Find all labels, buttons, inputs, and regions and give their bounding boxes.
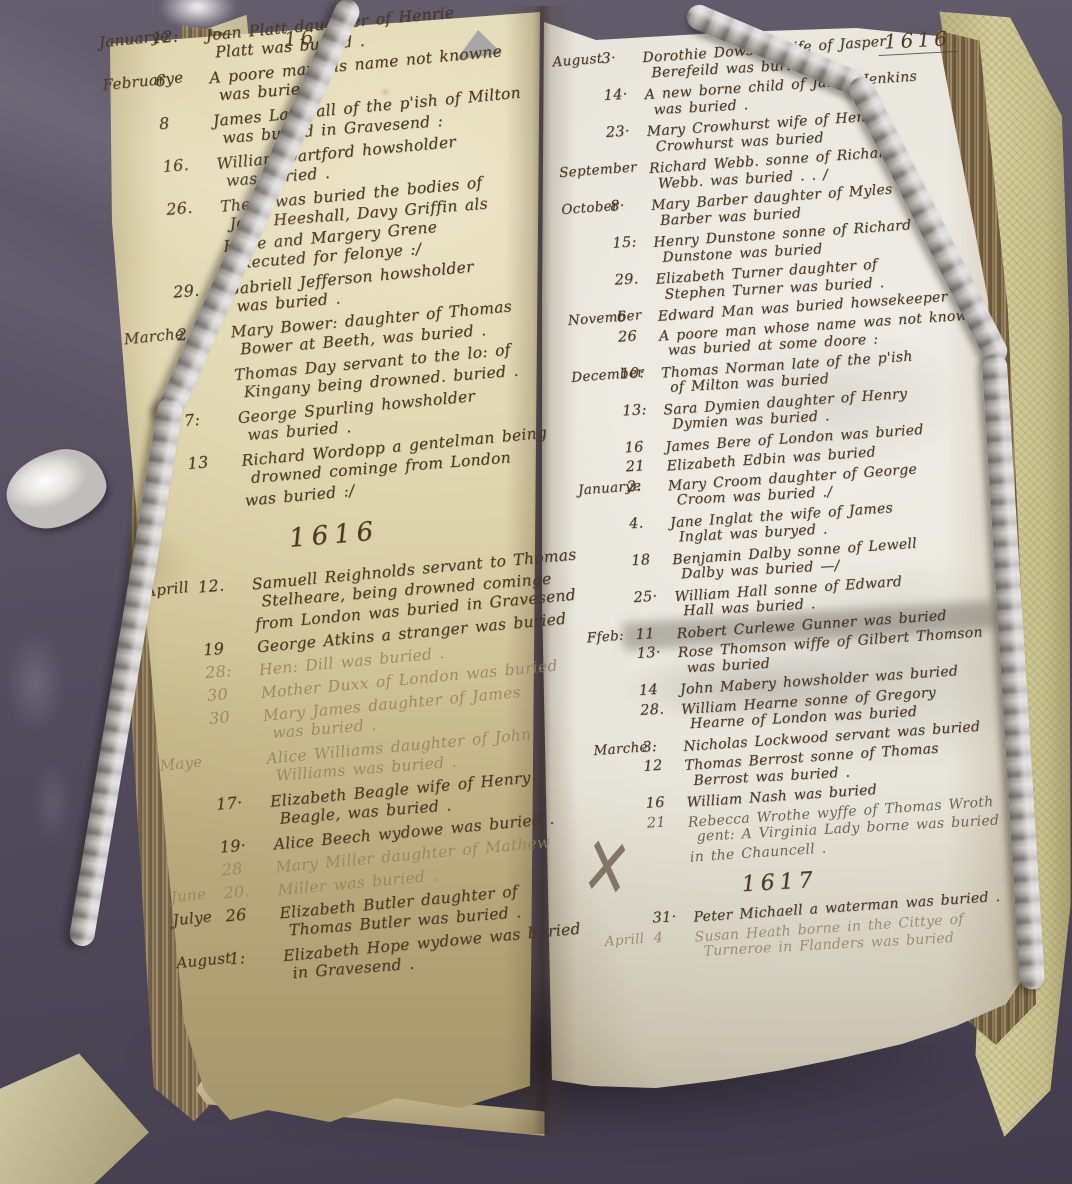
day-label: 13 bbox=[184, 450, 242, 474]
day-label: 30 bbox=[205, 705, 263, 729]
day-label: 7: bbox=[180, 407, 238, 431]
day-label: 1: bbox=[225, 945, 283, 969]
month-label: Marche bbox=[593, 739, 640, 758]
day-label: 21 bbox=[643, 813, 688, 832]
day-label: 19 bbox=[199, 636, 257, 660]
month-label: Februarye bbox=[102, 71, 154, 94]
month-label: Ffeb: bbox=[586, 626, 633, 645]
day-label: 12. bbox=[194, 573, 252, 597]
day-label: 17· bbox=[212, 790, 270, 814]
day-label: 26 bbox=[615, 327, 660, 346]
day-label: 21 bbox=[622, 457, 667, 476]
day-label: 13: bbox=[619, 401, 664, 420]
day-label: 20. bbox=[220, 879, 278, 903]
day-label: 4. bbox=[626, 513, 671, 532]
day-label: 8 bbox=[155, 110, 213, 134]
day-label: 14· bbox=[600, 86, 645, 105]
left-page-content: Januarye 12: Joan Platt daughter of Henr… bbox=[98, 0, 614, 997]
day-label: 15: bbox=[609, 233, 654, 252]
right-entries-1616: August 3· Dorothie Dowsett wife of Jaspe… bbox=[552, 28, 1042, 871]
month-label: Januarye bbox=[98, 28, 150, 51]
day-label: 12 bbox=[640, 756, 685, 775]
day-label: 16 bbox=[621, 437, 666, 456]
day-label: 16. bbox=[159, 153, 217, 177]
day-label: 3· bbox=[598, 49, 643, 68]
day-label: 19· bbox=[216, 833, 274, 857]
day-label: 25· bbox=[630, 587, 675, 606]
day-label: 14 bbox=[636, 681, 681, 700]
day-label: 29. bbox=[611, 270, 656, 289]
day-label: 23· bbox=[602, 123, 647, 142]
month-label: Aprill bbox=[604, 930, 651, 949]
month-label: Maye bbox=[159, 752, 211, 775]
day-label: 30 bbox=[203, 682, 261, 706]
month-label: Januarye bbox=[577, 479, 624, 498]
month-label: September bbox=[559, 162, 606, 181]
month-label: November bbox=[567, 309, 614, 328]
day-label: 28 bbox=[218, 856, 276, 880]
month-label: June bbox=[170, 883, 222, 906]
year-heading-1616-left: 1616 bbox=[288, 500, 578, 554]
day-label: 4 bbox=[650, 928, 695, 947]
day-label: 11 bbox=[632, 624, 677, 643]
day-label: 28. bbox=[637, 700, 682, 719]
month-label: Julye bbox=[172, 906, 224, 929]
day-label: 28: bbox=[201, 659, 259, 683]
day-label: 18 bbox=[628, 550, 673, 569]
left-entries-1616: Aprill 12. Samuell Reighnolds servant to… bbox=[144, 546, 613, 994]
month-label: Marche bbox=[123, 325, 175, 348]
day-label: 31· bbox=[649, 908, 694, 927]
month-label: December bbox=[571, 366, 618, 385]
tissue-fragment bbox=[0, 440, 114, 539]
month-label: August bbox=[175, 949, 227, 972]
month-label: August bbox=[552, 51, 599, 70]
day-label: 16 bbox=[642, 793, 687, 812]
burial-register-photo: 16 Januarye 12: Joan Platt daughter of H… bbox=[0, 0, 1072, 1184]
day-label: 26. bbox=[162, 195, 220, 219]
day-label: 13· bbox=[633, 644, 678, 663]
month-label: October bbox=[561, 199, 608, 218]
day-label: 26 bbox=[222, 902, 280, 926]
